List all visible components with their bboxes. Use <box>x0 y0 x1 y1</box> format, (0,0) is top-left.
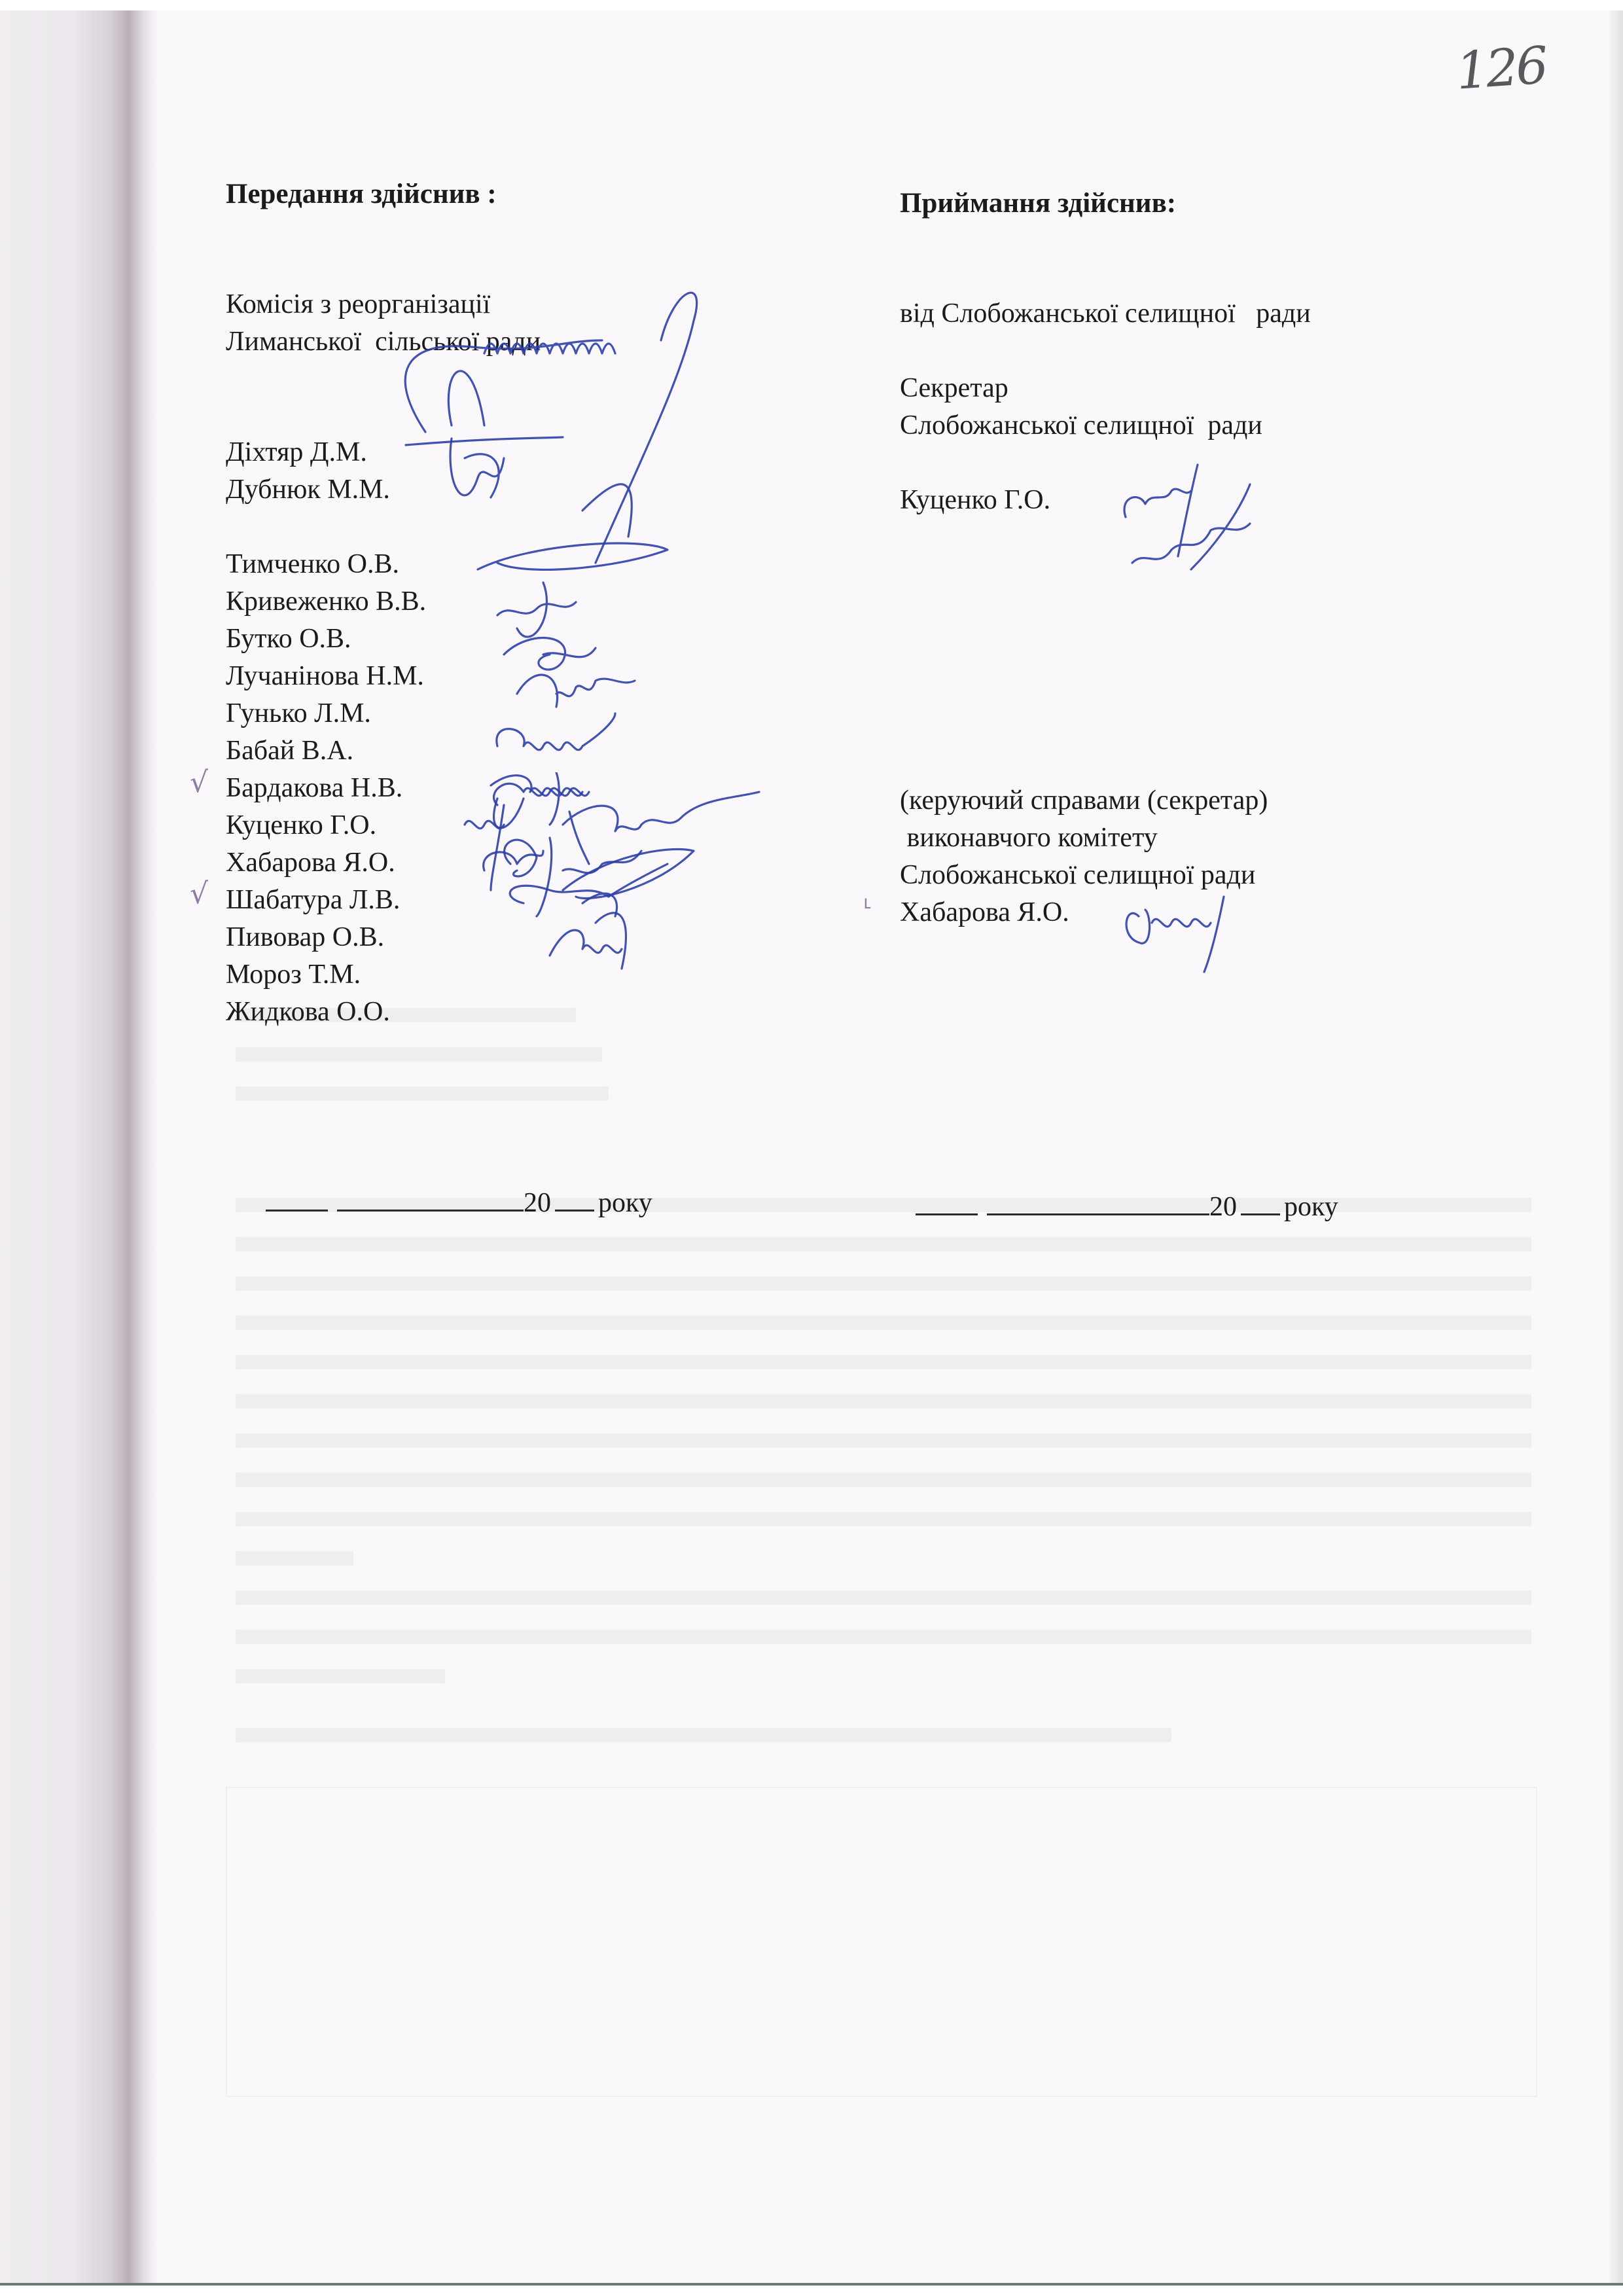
manager-name: Хабарова Я.О. <box>900 894 1311 931</box>
day-blank <box>266 1186 328 1211</box>
member-name: Куценко Г.О. <box>226 807 541 844</box>
member-name: Лучанінова Н.М. <box>226 658 541 695</box>
member-name: Пивовар О.В. <box>226 919 541 956</box>
member-name: Дубнюк М.М. <box>226 471 541 509</box>
member-name: Тимченко О.В. <box>226 546 541 583</box>
member-name: Діхтяр Д.М. <box>226 434 541 471</box>
member-name: Мороз Т.М. <box>226 956 541 994</box>
year-prefix: 20 <box>1209 1192 1237 1222</box>
year-prefix: 20 <box>524 1188 551 1218</box>
year-blank <box>1241 1190 1280 1215</box>
secretary-name: Куценко Г.О. <box>900 482 1311 519</box>
handwritten-page-number: 126 <box>1454 36 1548 101</box>
commission-line-2: Лиманської сільської ради <box>226 323 541 361</box>
manager-org: Слобожанської селищної ради <box>900 857 1311 894</box>
acceptance-section: Приймання здійснив: від Слобожанської се… <box>900 185 1311 931</box>
binding-spine-shadow <box>0 10 157 2283</box>
tick-mark-icon: ˪ <box>864 887 872 914</box>
commission-line-1: Комісія з реорганізації <box>226 286 541 323</box>
day-blank <box>916 1190 978 1215</box>
year-blank <box>555 1186 594 1211</box>
check-mark-icon: √ <box>190 766 208 799</box>
year-suffix: року <box>1284 1192 1338 1222</box>
acceptance-heading: Приймання здійснив: <box>900 185 1311 222</box>
member-name: Гунько Л.М. <box>226 695 541 732</box>
check-mark-icon: √ <box>190 877 208 910</box>
year-suffix: року <box>598 1188 652 1218</box>
member-name: Бабай В.А. <box>226 732 541 770</box>
transfer-date-line: 20року <box>252 1153 652 1219</box>
member-name: Бардакова Н.В. <box>226 770 541 807</box>
transfer-heading: Передання здійснив : <box>226 175 541 213</box>
manager-title-line-1: (керуючий справами (секретар) <box>900 782 1311 819</box>
member-name: Шабатура Л.В. <box>226 882 541 919</box>
member-name: Кривеженко В.В. <box>226 583 541 620</box>
month-blank <box>337 1186 524 1211</box>
transfer-section: Передання здійснив : Комісія з реорганіз… <box>226 175 541 1031</box>
secretary-org: Слобожанської селищної ради <box>900 407 1311 444</box>
member-name: Бутко О.В. <box>226 620 541 658</box>
manager-title-line-2: виконавчого комітету <box>900 819 1311 857</box>
acceptance-from-line: від Слобожанської селищної ради <box>900 295 1311 332</box>
member-name: Жидкова О.О. <box>226 994 541 1031</box>
member-name: Хабарова Я.О. <box>226 844 541 882</box>
page-right-edge <box>1610 10 1623 2283</box>
scan-bottom-margin <box>0 2283 1623 2296</box>
secretary-title: Секретар <box>900 370 1311 407</box>
scan-top-margin <box>0 0 1623 10</box>
month-blank <box>987 1190 1209 1215</box>
acceptance-date-line: 20року <box>902 1157 1338 1223</box>
